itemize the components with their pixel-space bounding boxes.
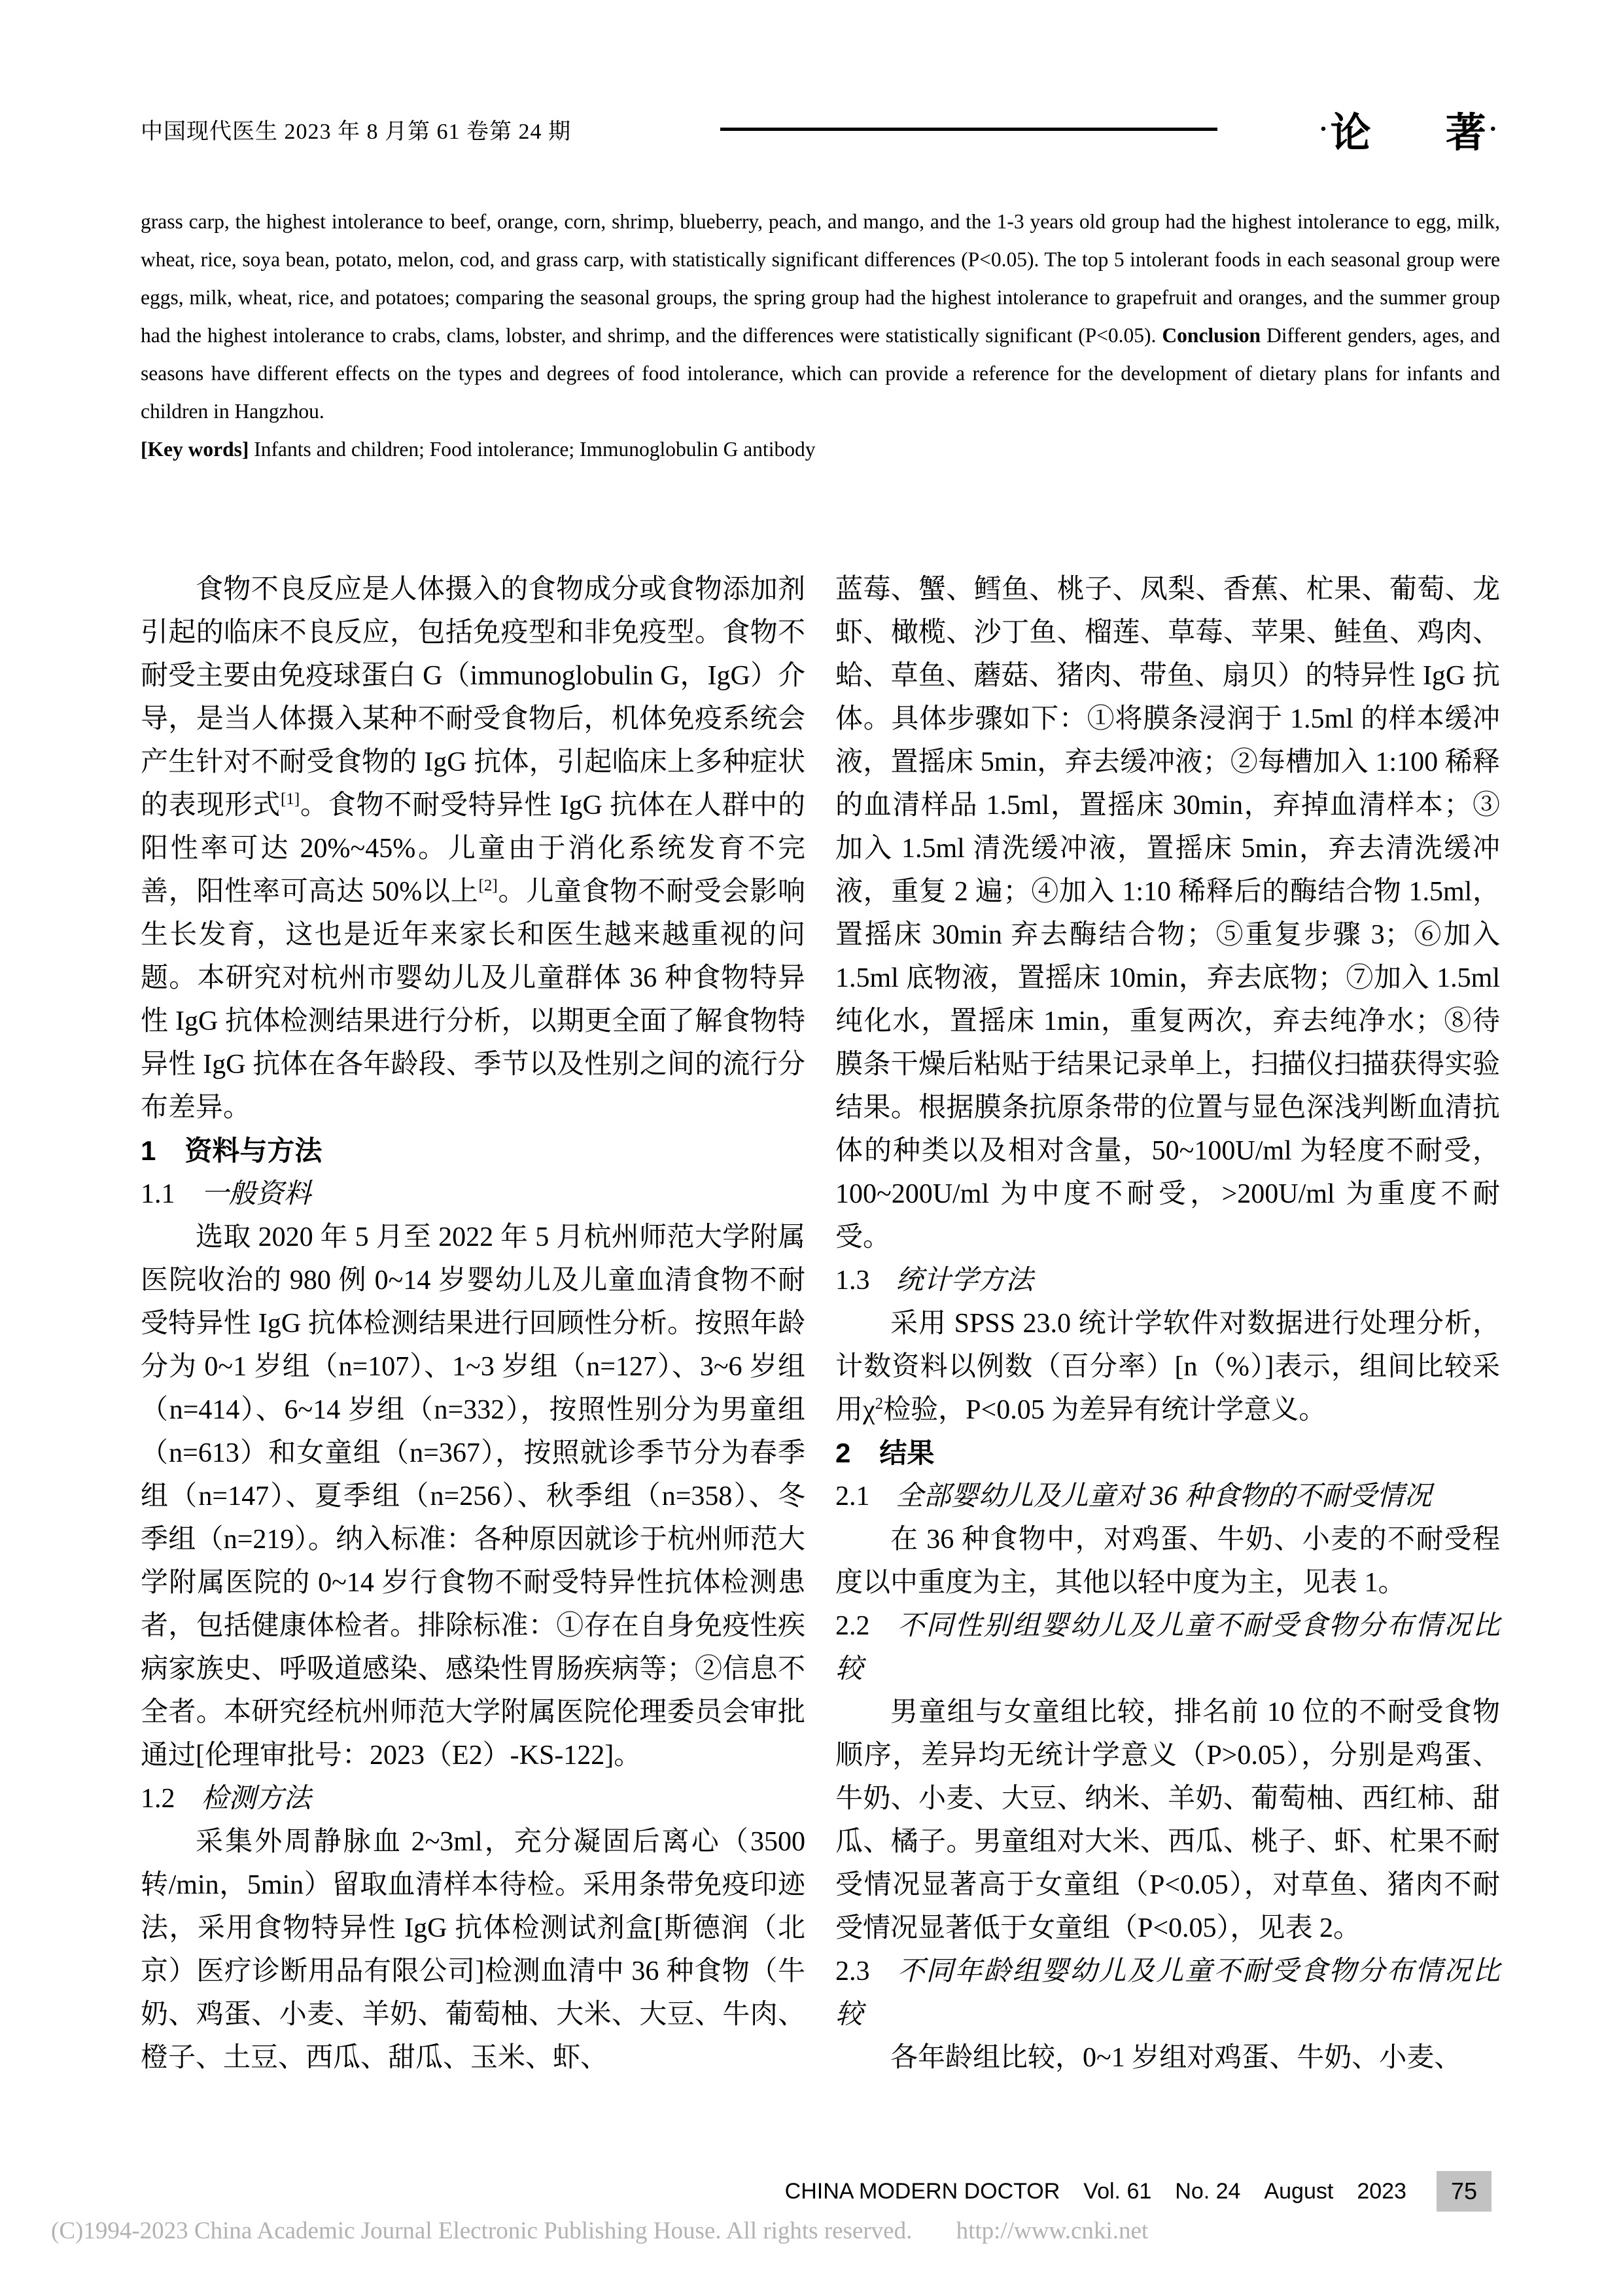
body-column-left: 食物不良反应是人体摄入的食物成分或食物添加剂引起的临床不良反应，包括免疫型和非免… xyxy=(141,568,805,2079)
heading-number: 2.3 xyxy=(835,1956,870,1987)
abstract-section: grass carp, the highest intolerance to b… xyxy=(141,203,1500,468)
superscript: 2 xyxy=(875,1395,884,1413)
heading-title: 统计学方法 xyxy=(896,1265,1034,1296)
heading-number: 1.2 xyxy=(141,1784,175,1814)
heading-title: 不同年龄组婴幼儿及儿童不耐受食物分布情况比较 xyxy=(835,1956,1500,2030)
keywords-line: [Key words] Infants and children; Food i… xyxy=(141,431,1500,468)
article-type-word-2: 著 xyxy=(1446,111,1489,156)
paragraph: 在 36 种食物中，对鸡蛋、牛奶、小麦的不耐受程度以中重度为主，其他以轻中度为主… xyxy=(835,1518,1500,1604)
heading-number: 2.1 xyxy=(835,1481,870,1511)
keywords-label: [Key words] xyxy=(141,438,249,461)
subsection-heading: 2.1全部婴幼儿及儿童对 36 种食物的不耐受情况 xyxy=(835,1475,1500,1518)
heading-title: 一般资料 xyxy=(201,1179,311,1209)
footer-journal-line: CHINA MODERN DOCTOR Vol. 61 No. 24 Augus… xyxy=(141,2171,1492,2212)
heading-title: 资料与方法 xyxy=(184,1135,322,1166)
heading-title: 结果 xyxy=(879,1438,934,1468)
paragraph: 男童组与女童组比较，排名前 10 位的不耐受食物顺序，差异均无统计学意义（P>0… xyxy=(835,1691,1500,1950)
journal-page: 中国现代医生 2023 年 8 月第 61 卷第 24 期 ·论著· grass… xyxy=(0,0,1623,2296)
footer-volume: Vol. 61 xyxy=(1083,2179,1151,2204)
section-heading: 2结果 xyxy=(835,1432,1500,1475)
article-type-label: ·论著· xyxy=(1319,100,1500,158)
copyright-notice: (C)1994-2023 China Academic Journal Elec… xyxy=(51,2217,912,2244)
article-type-dot-right: · xyxy=(1489,114,1500,143)
superscript: [2] xyxy=(479,877,498,894)
footer-year: 2023 xyxy=(1357,2179,1406,2204)
heading-number: 2.2 xyxy=(835,1611,870,1641)
abstract-bold-term: Conclusion xyxy=(1162,324,1261,347)
heading-number: 1 xyxy=(141,1135,156,1166)
body-column-right: 蓝莓、蟹、鳕鱼、桃子、凤梨、香蕉、杧果、葡萄、龙虾、橄榄、沙丁鱼、榴莲、草莓、苹… xyxy=(835,568,1500,2079)
header-divider-rule xyxy=(720,128,1217,131)
footer-month: August xyxy=(1264,2179,1333,2204)
footer-issue: No. 24 xyxy=(1175,2179,1240,2204)
footer-journal-name: CHINA MODERN DOCTOR xyxy=(785,2179,1060,2204)
subsection-heading: 1.1一般资料 xyxy=(141,1173,805,1216)
heading-title: 检测方法 xyxy=(201,1784,311,1814)
paragraph: 食物不良反应是人体摄入的食物成分或食物添加剂引起的临床不良反应，包括免疫型和非免… xyxy=(141,568,805,1129)
abstract-text: grass carp, the highest intolerance to b… xyxy=(141,203,1500,431)
paragraph: 蓝莓、蟹、鳕鱼、桃子、凤梨、香蕉、杧果、葡萄、龙虾、橄榄、沙丁鱼、榴莲、草莓、苹… xyxy=(835,568,1500,1259)
article-type-dot-left: · xyxy=(1319,114,1330,143)
paragraph: 采用 SPSS 23.0 统计学软件对数据进行处理分析，计数资料以例数（百分率）… xyxy=(835,1302,1500,1432)
heading-title: 全部婴幼儿及儿童对 36 种食物的不耐受情况 xyxy=(896,1481,1432,1511)
paragraph: 采集外周静脉血 2~3ml，充分凝固后离心（3500 转/min，5min）留取… xyxy=(141,1820,805,2079)
page-header: 中国现代医生 2023 年 8 月第 61 卷第 24 期 ·论著· xyxy=(141,93,1500,165)
subsection-heading: 2.2不同性别组婴幼儿及儿童不耐受食物分布情况比较 xyxy=(835,1604,1500,1691)
heading-number: 1.1 xyxy=(141,1179,175,1209)
subsection-heading: 1.3统计学方法 xyxy=(835,1259,1500,1302)
subsection-heading: 1.2检测方法 xyxy=(141,1777,805,1820)
heading-number: 1.3 xyxy=(835,1265,870,1296)
subsection-heading: 2.3不同年龄组婴幼儿及儿童不耐受食物分布情况比较 xyxy=(835,1950,1500,2036)
heading-title: 不同性别组婴幼儿及儿童不耐受食物分布情况比较 xyxy=(835,1611,1500,1684)
article-type-word-1: 论 xyxy=(1331,111,1374,156)
copyright-line: (C)1994-2023 China Academic Journal Elec… xyxy=(51,2217,1569,2245)
body-columns: 食物不良反应是人体摄入的食物成分或食物添加剂引起的临床不良反应，包括免疫型和非免… xyxy=(141,568,1500,2079)
copyright-url: http://www.cnki.net xyxy=(956,2217,1149,2244)
paragraph: 选取 2020 年 5 月至 2022 年 5 月杭州师范大学附属医院收治的 9… xyxy=(141,1216,805,1777)
keywords-text: Infants and children; Food intolerance; … xyxy=(254,438,815,461)
page-number: 75 xyxy=(1437,2171,1492,2212)
paragraph: 各年龄组比较，0~1 岁组对鸡蛋、牛奶、小麦、 xyxy=(835,2036,1500,2079)
superscript: [1] xyxy=(281,790,300,808)
section-heading: 1资料与方法 xyxy=(141,1129,805,1173)
heading-number: 2 xyxy=(835,1438,850,1468)
journal-issue-info: 中国现代医生 2023 年 8 月第 61 卷第 24 期 xyxy=(141,113,571,145)
